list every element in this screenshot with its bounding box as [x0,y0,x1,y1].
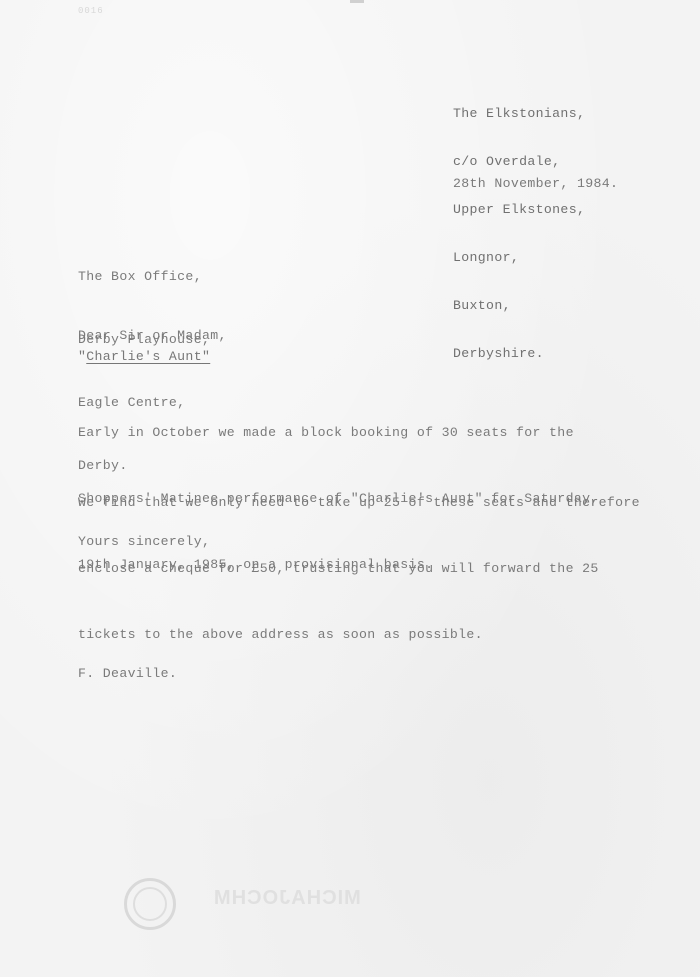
subject-title: Charlie's Aunt [86,349,202,364]
paper-edge-mark [350,0,364,3]
paragraph-line: We find that we only need to take up 25 … [78,492,640,514]
subject-line: "Charlie's Aunt" [78,347,210,367]
sender-line: Longnor, [453,250,585,266]
signature: F. Deaville. [78,664,177,684]
paragraph-cheque: We find that we only need to take up 25 … [78,448,640,690]
paper-watermark: MICHAJOCHM [213,887,361,910]
subject-close-quote: " [202,349,210,364]
sender-line: Derbyshire. [453,346,585,362]
sender-address: The Elkstonians, c/o Overdale, Upper Elk… [453,74,585,394]
paragraph-line: enclose a cheque for £50, trusting that … [78,558,640,580]
salutation: Dear Sir or Madam, [78,326,227,346]
paragraph-line: Early in October we made a block booking… [78,422,599,444]
paper-seal-icon [124,878,176,930]
corner-mark: 0016 [78,6,104,16]
letter-page: 0016 The Elkstonians, c/o Overdale, Uppe… [0,0,700,977]
paragraph-line: tickets to the above address as soon as … [78,624,640,646]
sender-line: Upper Elkstones, [453,202,585,218]
closing: Yours sincerely, [78,532,210,552]
sender-line: Buxton, [453,298,585,314]
letter-date: 28th November, 1984. [453,174,618,194]
recipient-line: The Box Office, [78,266,210,287]
sender-line: c/o Overdale, [453,154,585,170]
sender-line: The Elkstonians, [453,106,585,122]
